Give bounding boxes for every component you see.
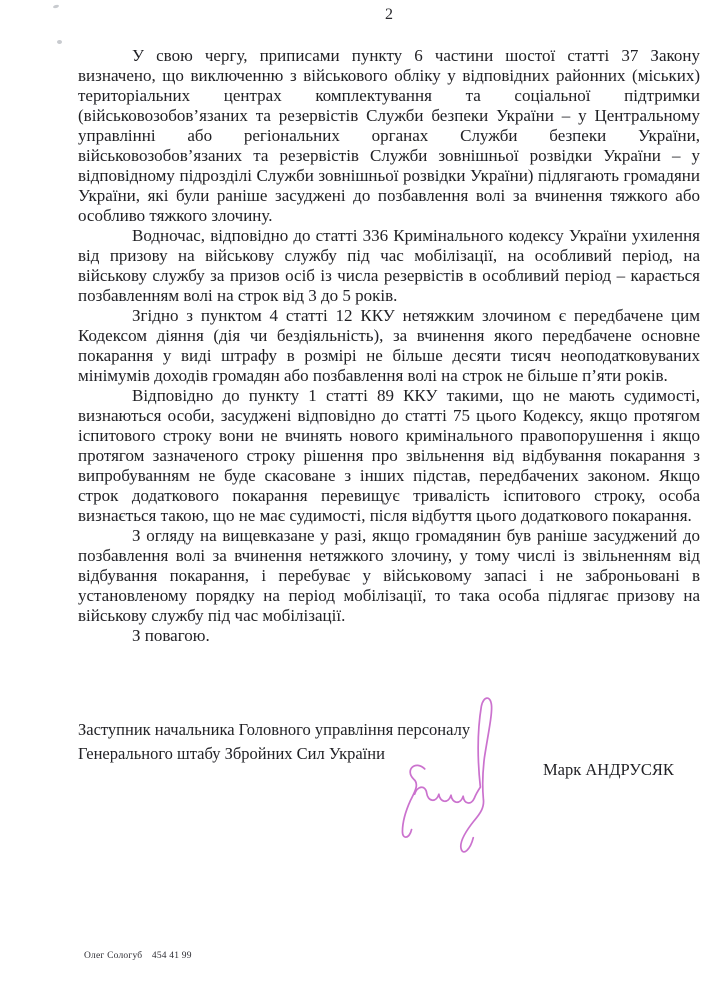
footer-contact: Олег Сологуб 454 41 99 bbox=[84, 951, 199, 961]
signatory-name: Марк АНДРУСЯК bbox=[543, 760, 674, 780]
body-paragraph: Відповідно до пункту 1 статті 89 ККУ так… bbox=[78, 386, 700, 526]
body-paragraph: Згідно з пунктом 4 статті 12 ККУ нетяжки… bbox=[78, 306, 700, 386]
page-number: 2 bbox=[78, 6, 700, 24]
body-paragraph: З огляду на вищевказане у разі, якщо гро… bbox=[78, 526, 700, 626]
scanned-document-page: 2 У свою чергу, приписами пункту 6 части… bbox=[0, 0, 722, 1006]
signature-stroke bbox=[402, 698, 491, 852]
handwritten-signature bbox=[394, 690, 506, 862]
executor-name: Олег Сологуб bbox=[84, 951, 142, 961]
scan-artifact-speck bbox=[57, 40, 62, 44]
executor-phone: 454 41 99 bbox=[152, 951, 192, 961]
closing-salutation: З повагою. bbox=[78, 626, 700, 646]
scan-artifact-speck bbox=[53, 4, 60, 8]
body-paragraph: У свою чергу, приписами пункту 6 частини… bbox=[78, 46, 700, 226]
body-paragraph: Водночас, відповідно до статті 336 Кримі… bbox=[78, 226, 700, 306]
document-body: У свою чергу, приписами пункту 6 частини… bbox=[78, 46, 700, 646]
